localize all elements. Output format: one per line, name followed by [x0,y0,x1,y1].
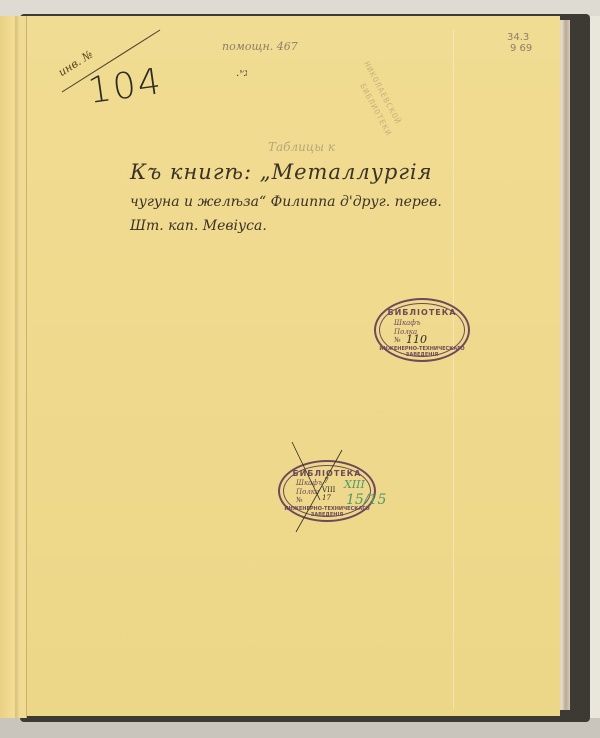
stamp-bottom-text: ИНЖЕНЕРНО-ТЕХНИЧЕСКАГО ЗАВЕДЕНІЯ [376,346,468,358]
pencil-tables-note: Таблицы к [268,140,335,154]
embossed-library-stamp: НИКОЛАЕВСКОЙ БИБЛИОТЕКИ [362,60,432,160]
cover-sheet [0,16,560,716]
cancellation-strokes [290,440,350,535]
pencil-note-top: помощн. 467 [222,40,298,53]
library-stamp-110: БИБЛІОТЕКА Шкафъ Полка № 110 ИНЖЕНЕРНО-Т… [374,298,470,362]
shelf-mark-1: 34.3 [507,32,529,43]
title-line-2: чугуна и желѣза“ Филиппа д'друг. перев. [130,194,442,210]
title-line-1: Къ книгѣ: „Металлургія [130,160,433,184]
pencil-marks: .ג׳י [236,68,247,79]
stamp-number-label: № [394,336,401,344]
green-shelf-note: XIII [344,478,365,491]
stamp-number-value: 110 [406,333,427,346]
stamp-title: БИБЛІОТЕКА [376,308,468,317]
stamp-shelf-label: Шкафъ [394,319,421,327]
shelf-mark-2: 9 69 [510,43,532,54]
title-line-3: Шт. кап. Мевіуса. [130,218,267,234]
scanned-page: инв. № 104 помощн. 467 .ג׳י 34.3 9 69 НИ… [0,0,600,738]
fold-line [453,30,454,710]
green-number-note: 15/15 [346,492,386,508]
binding-strip [0,16,27,718]
